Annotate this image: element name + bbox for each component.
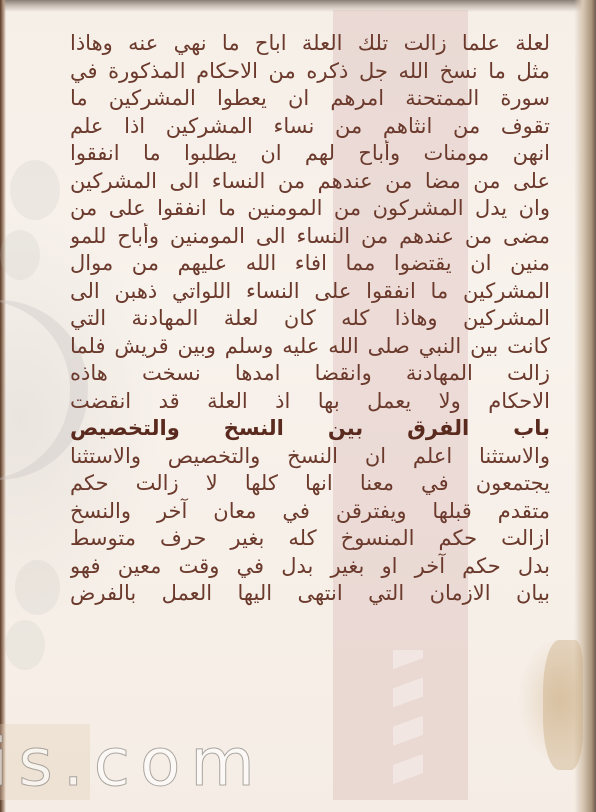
text-line: وان يدل المشركون من المومنين ما انفقوا ع… — [70, 195, 550, 223]
text-line: على من مضا من عندهم من النساء الى المشرك… — [70, 168, 550, 196]
water-stain — [543, 640, 583, 770]
section-heading: باب الفرق بين النسخ والتخصيص — [70, 415, 550, 443]
text-line: والاستثنا اعلم ان النسخ والتخصيص والاستث… — [70, 443, 550, 471]
manuscript-text: لعلة علما زالت تلك العلة اباح ما نهي عنه… — [70, 30, 550, 608]
text-line: بيان الازمان التي انتهى اليها العمل بالف… — [70, 580, 550, 608]
text-line: منين ان يقتضوا مما افاء الله عليهم من مو… — [70, 250, 550, 278]
text-line: لعلة علما زالت تلك العلة اباح ما نهي عنه… — [70, 30, 550, 58]
text-line: سورة الممتحنة امرهم ان يعطوا المشركين ما — [70, 85, 550, 113]
text-line: انهن مومنات وأباح لهم ان يطلبوا ما انفقو… — [70, 140, 550, 168]
text-line: مضى من عندهم من النساء الى المومنين وأبا… — [70, 223, 550, 251]
text-line: بدل حكم آخر او بغير بدل في وقت معين فهو — [70, 553, 550, 581]
floral-watermark-icon — [0, 230, 40, 280]
text-line: يجتمعون في معنا انها كلها لا زالت حكم — [70, 470, 550, 498]
site-watermark: is.com — [0, 724, 265, 801]
text-line: كانت بين النبي صلى الله عليه وسلم وبين ق… — [70, 333, 550, 361]
text-line: المشركين ما انفقوا على النساء اللواتي ذه… — [70, 278, 550, 306]
watermark-zigzag — [393, 650, 423, 790]
manuscript-page: لعلة علما زالت تلك العلة اباح ما نهي عنه… — [0, 0, 596, 812]
text-line: تقوف من انثاهم من نساء المشركين اذا علم — [70, 113, 550, 141]
crescent-watermark-icon — [0, 300, 70, 480]
text-line: الاحكام ولا يعمل بها اذ العلة قد انقضت — [70, 388, 550, 416]
page-top-edge — [0, 0, 596, 12]
text-line: مثل ما نسخ الله جل ذكره من الاحكام المذك… — [70, 58, 550, 86]
floral-watermark-icon — [15, 560, 60, 615]
text-line: متقدم قبلها ويفترقن في معان آخر والنسخ — [70, 498, 550, 526]
text-line: زالت المهادنة وانقضا امدها نسخت هاذه — [70, 360, 550, 388]
floral-watermark-icon — [10, 160, 60, 220]
text-line: ازالت حكم المنسوخ كله بغير حرف متوسط — [70, 525, 550, 553]
floral-watermark-icon — [5, 620, 45, 670]
text-line: المشركين وهاذا كله كان لعلة المهادنة الت… — [70, 305, 550, 333]
